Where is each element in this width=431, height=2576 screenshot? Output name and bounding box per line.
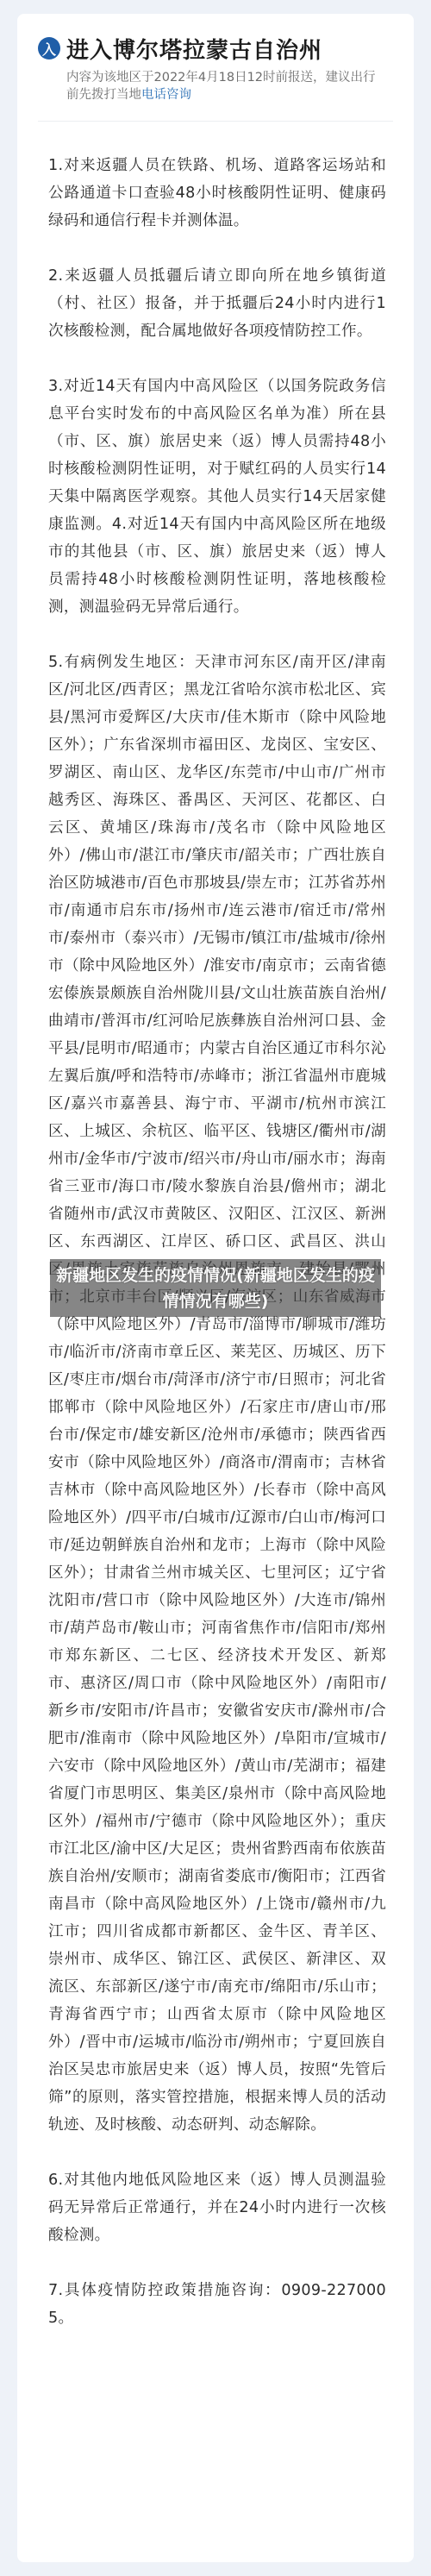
policy-list: 1.对来返疆人员在铁路、机场、道路客运场站和公路通道卡口查验48小时核酸阴性证明… (48, 152, 386, 2332)
image-caption-overlay: 新疆地区发生的疫情情况(新疆地区发生的疫情情况有哪些) (50, 1259, 381, 1317)
header-divider (38, 121, 393, 122)
policy-item-3-4: 3.对近14天有国内中高风险区（以国务院政务信息平台实时发布的中高风险区名单为准… (48, 373, 386, 621)
policy-item-5: 5.有病例发生地区：天津市河东区/南开区/津南区/河北区/西青区；黑龙江省哈尔滨… (48, 649, 386, 2139)
policy-item-7: 7.具体疫情防控政策措施咨询：0909-2270005。 (48, 2277, 386, 2332)
card-header: 入 进入博尔塔拉蒙古自治州 内容为该地区于2022年4月18日12时前报送，建议… (38, 33, 400, 103)
entry-icon: 入 (38, 37, 60, 60)
phone-consult-link[interactable]: 电话咨询 (141, 88, 191, 102)
policy-item-1: 1.对来返疆人员在铁路、机场、道路客运场站和公路通道卡口查验48小时核酸阴性证明… (48, 152, 386, 235)
title-row: 入 进入博尔塔拉蒙古自治州 (38, 33, 400, 64)
page-title: 进入博尔塔拉蒙古自治州 (66, 33, 322, 65)
report-notice-text: 内容为该地区于2022年4月18日12时前报送，建议出行前先拨打当地 (66, 71, 376, 102)
report-notice: 内容为该地区于2022年4月18日12时前报送，建议出行前先拨打当地电话咨询 (66, 69, 385, 103)
policy-item-2: 2.来返疆人员抵疆后请立即向所在地乡镇街道（村、社区）报备，并于抵疆后24小时内… (48, 262, 386, 345)
policy-item-6: 6.对其他内地低风险地区来（返）博人员测温验码无异常后正常通行，并在24小时内进… (48, 2166, 386, 2249)
